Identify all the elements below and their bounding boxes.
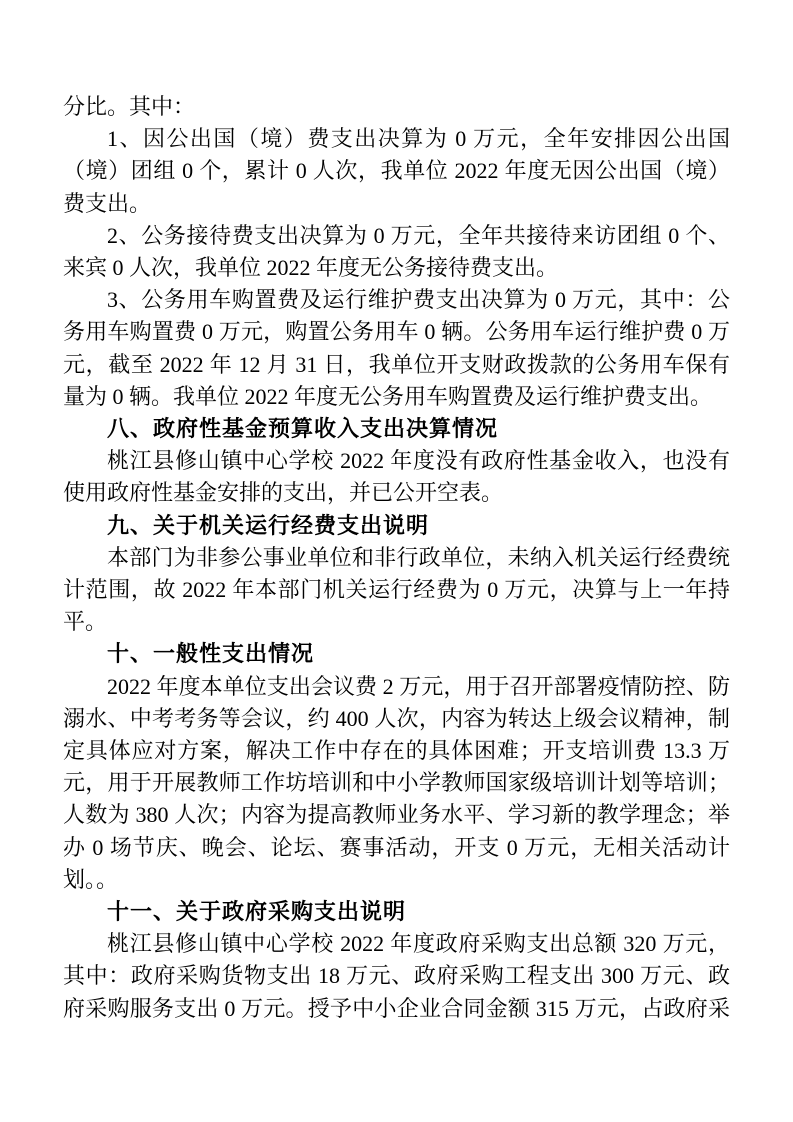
text-line: 计范围，故 2022 年本部门机关运行经费为 0 万元，决算与上一年持 (63, 574, 730, 606)
section-heading: 十、一般性支出情况 (63, 638, 730, 670)
text-line: 分比。其中： (63, 91, 730, 123)
text-line: 务用车购置费 0 万元，购置公务用车 0 辆。公务用车运行维护费 0 万 (63, 316, 730, 348)
section-heading: 十一、关于政府采购支出说明 (63, 896, 730, 928)
text-line: 使用政府性基金安排的支出，并已公开空表。 (63, 477, 730, 509)
text-line: 3、公务用车购置费及运行维护费支出决算为 0 万元，其中：公 (63, 284, 730, 316)
text-line: 定具体应对方案，解决工作中存在的具体困难；开支培训费 13.3 万 (63, 735, 730, 767)
text-line: 平。 (63, 606, 730, 638)
text-line: 府采购服务支出 0 万元。授予中小企业合同金额 315 万元，占政府采 (63, 993, 730, 1025)
text-line: 办 0 场节庆、晚会、论坛、赛事活动，开支 0 万元，无相关活动计 (63, 832, 730, 864)
text-line: 量为 0 辆。我单位 2022 年度无公务用车购置费及运行维护费支出。 (63, 381, 730, 413)
text-line: 其中：政府采购货物支出 18 万元、政府采购工程支出 300 万元、政 (63, 960, 730, 992)
text-line: 来宾 0 人次，我单位 2022 年度无公务接待费支出。 (63, 252, 730, 284)
text-line: 1、因公出国（境）费支出决算为 0 万元，全年安排因公出国 (63, 123, 730, 155)
text-line: 元，截至 2022 年 12 月 31 日，我单位开支财政拨款的公务用车保有 (63, 349, 730, 381)
text-line: 费支出。 (63, 188, 730, 220)
text-line: 桃江县修山镇中心学校 2022 年度没有政府性基金收入，也没有 (63, 445, 730, 477)
text-line: 本部门为非参公事业单位和非行政单位，未纳入机关运行经费统 (63, 542, 730, 574)
text-line: 桃江县修山镇中心学校 2022 年度政府采购支出总额 320 万元， (63, 928, 730, 960)
text-line: 2022 年度本单位支出会议费 2 万元，用于召开部署疫情防控、防 (63, 671, 730, 703)
section-heading: 九、关于机关运行经费支出说明 (63, 510, 730, 542)
document-page: 分比。其中：1、因公出国（境）费支出决算为 0 万元，全年安排因公出国（境）团组… (0, 0, 793, 1122)
text-line: 2、公务接待费支出决算为 0 万元，全年共接待来访团组 0 个、 (63, 220, 730, 252)
text-line: 人数为 380 人次；内容为提高教师业务水平、学习新的教学理念；举 (63, 799, 730, 831)
text-line: 元，用于开展教师工作坊培训和中小学教师国家级培训计划等培训； (63, 767, 730, 799)
section-heading: 八、政府性基金预算收入支出决算情况 (63, 413, 730, 445)
text-line: 溺水、中考考务等会议，约 400 人次，内容为转达上级会议精神，制 (63, 703, 730, 735)
text-line: 划。。 (63, 864, 730, 896)
document-body: 分比。其中：1、因公出国（境）费支出决算为 0 万元，全年安排因公出国（境）团组… (63, 91, 730, 1025)
text-line: （境）团组 0 个，累计 0 人次，我单位 2022 年度无因公出国（境） (63, 155, 730, 187)
